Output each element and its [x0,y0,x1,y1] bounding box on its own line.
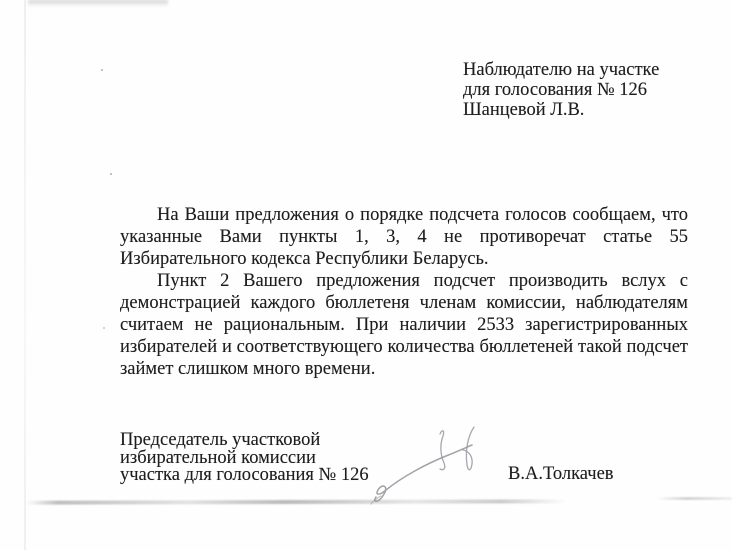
body-line: займет слишком много времени. [120,358,688,380]
scan-bottom-shadow [26,499,566,504]
letter-body: На Ваши предложения о порядке подсчета г… [120,204,688,380]
body-line: указанные Вами пункты 1, 3, 4 не противо… [120,226,688,248]
body-line: Пункт 2 Вашего предложения подсчет произ… [120,270,688,292]
scan-fold-line [24,0,26,550]
body-line: считаем не рациональным. При наличии 253… [120,314,688,336]
signer-name: В.А.Толкачев [508,464,614,485]
paragraph-1: На Ваши предложения о порядке подсчета г… [120,204,688,270]
body-line: На Ваши предложения о порядке подсчета г… [120,204,688,226]
scanned-letter-page: Наблюдателю на участке для голосования №… [0,0,732,550]
recipient-line: Шанцевой Л.В. [463,100,708,120]
scan-top-smudge [28,0,168,7]
scan-speck [101,69,103,71]
scan-speck [103,327,105,329]
recipient-block: Наблюдателю на участке для голосования №… [463,60,708,120]
paragraph-2: Пункт 2 Вашего предложения подсчет произ… [120,270,688,380]
recipient-line: для голосования № 126 [463,80,708,100]
handwritten-signature-icon [368,416,483,508]
scan-bottom-shadow-right [657,497,732,500]
body-line: избирателей и соответствующего количеств… [120,336,688,358]
recipient-line: Наблюдателю на участке [463,60,708,80]
scan-speck [110,173,112,175]
body-line: Избирательного кодекса Республики Белару… [120,248,688,270]
body-line: демонстрацией каждого бюллетеня членам к… [120,292,688,314]
